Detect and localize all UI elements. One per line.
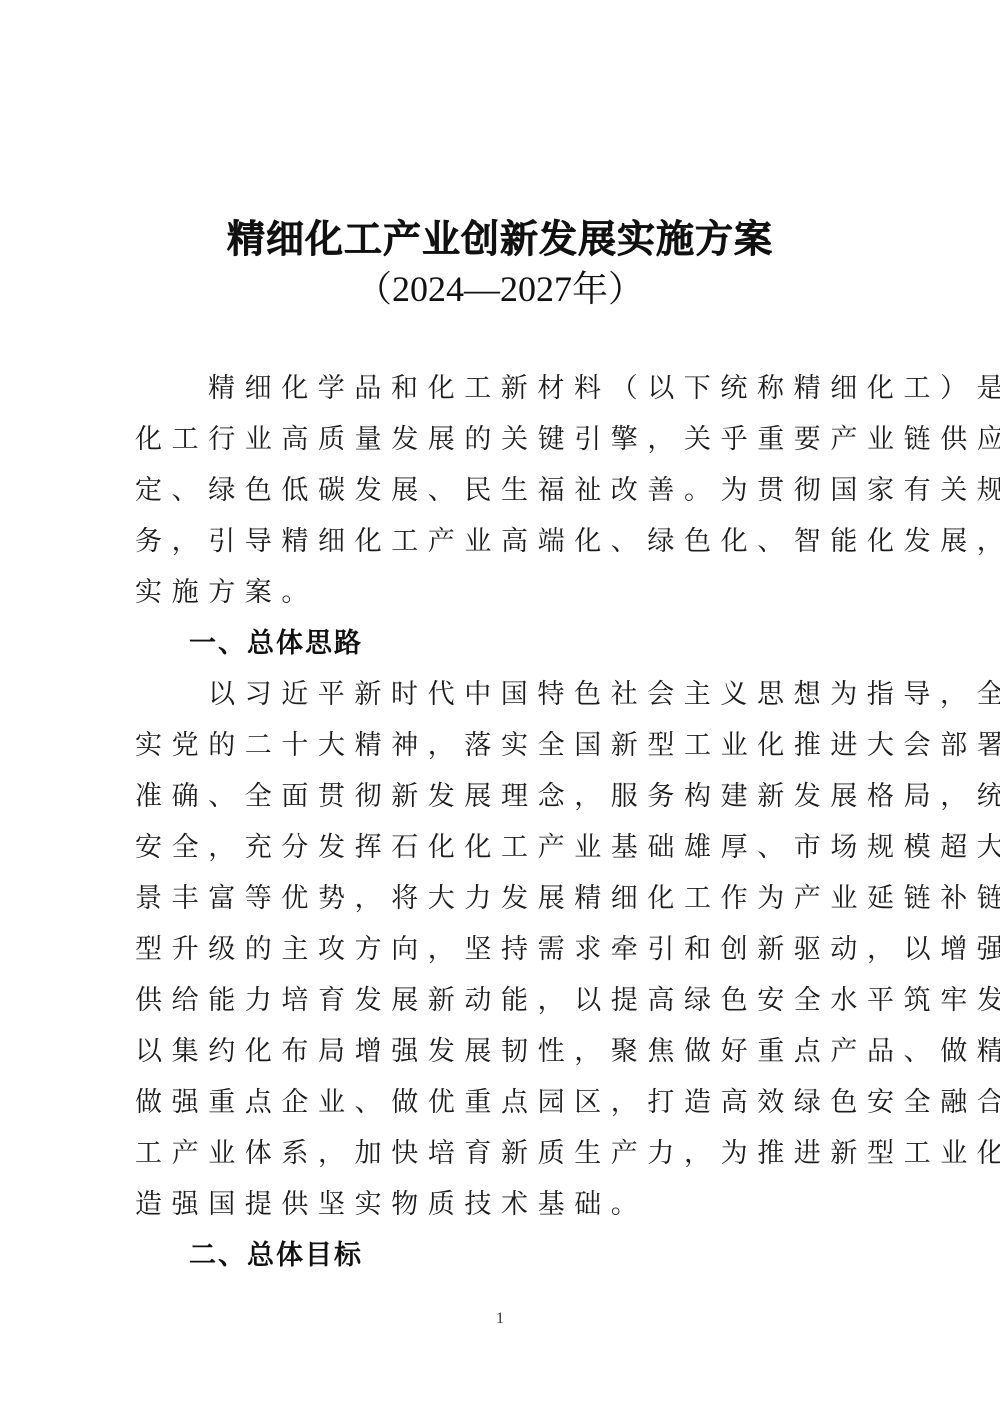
page-number: 1 bbox=[0, 1310, 1000, 1328]
text-line: 以习近平新时代中国特色社会主义思想为指导，全面贯彻落 bbox=[135, 669, 880, 720]
text-line: 做强重点企业、做优重点园区，打造高效绿色安全融合的精细化 bbox=[135, 1077, 880, 1128]
text-line: 实党的二十大精神，落实全国新型工业化推进大会部署，完整、 bbox=[135, 720, 880, 771]
text-line: 化工行业高质量发展的关键引擎，关乎重要产业链供应链安全稳 bbox=[135, 414, 880, 465]
text-line: 定、绿色低碳发展、民生福祉改善。为贯彻国家有关规划重点任 bbox=[135, 465, 880, 516]
text-line: 造强国提供坚实物质技术基础。 bbox=[135, 1179, 880, 1230]
intro-paragraph: 精细化学品和化工新材料（以下统称精细化工）是推动石化 化工行业高质量发展的关键引… bbox=[135, 363, 880, 618]
document-page: 精细化工产业创新发展实施方案 （2024—2027年） 精细化学品和化工新材料（… bbox=[0, 0, 1000, 1413]
text-line: 工产业体系，加快培育新质生产力，为推进新型工业化、建设制 bbox=[135, 1128, 880, 1179]
text-line: 供给能力培育发展新动能，以提高绿色安全水平筑牢发展根基， bbox=[135, 975, 880, 1026]
text-line: 实施方案。 bbox=[135, 567, 880, 618]
document-title: 精细化工产业创新发展实施方案 bbox=[0, 214, 1000, 264]
text-line: 务，引导精细化工产业高端化、绿色化、智能化发展，特制定本 bbox=[135, 516, 880, 567]
document-subtitle: （2024—2027年） bbox=[0, 264, 1000, 314]
text-line: 准确、全面贯彻新发展理念，服务构建新发展格局，统筹发展和 bbox=[135, 771, 880, 822]
section-heading-overall-goals: 二、总体目标 bbox=[135, 1230, 880, 1281]
text-line: 精细化学品和化工新材料（以下统称精细化工）是推动石化 bbox=[135, 363, 880, 414]
text-line: 景丰富等优势，将大力发展精细化工作为产业延链补链强链、转 bbox=[135, 873, 880, 924]
text-line: 安全，充分发挥石化化工产业基础雄厚、市场规模超大和应用场 bbox=[135, 822, 880, 873]
text-line: 以集约化布局增强发展韧性，聚焦做好重点产品、做精重点技术、 bbox=[135, 1026, 880, 1077]
section-paragraph-overall-approach: 以习近平新时代中国特色社会主义思想为指导，全面贯彻落 实党的二十大精神，落实全国… bbox=[135, 669, 880, 1230]
section-heading-overall-approach: 一、总体思路 bbox=[135, 618, 880, 669]
document-body: 精细化学品和化工新材料（以下统称精细化工）是推动石化 化工行业高质量发展的关键引… bbox=[135, 363, 880, 1281]
text-line: 型升级的主攻方向，坚持需求牵引和创新驱动，以增强高端产品 bbox=[135, 924, 880, 975]
